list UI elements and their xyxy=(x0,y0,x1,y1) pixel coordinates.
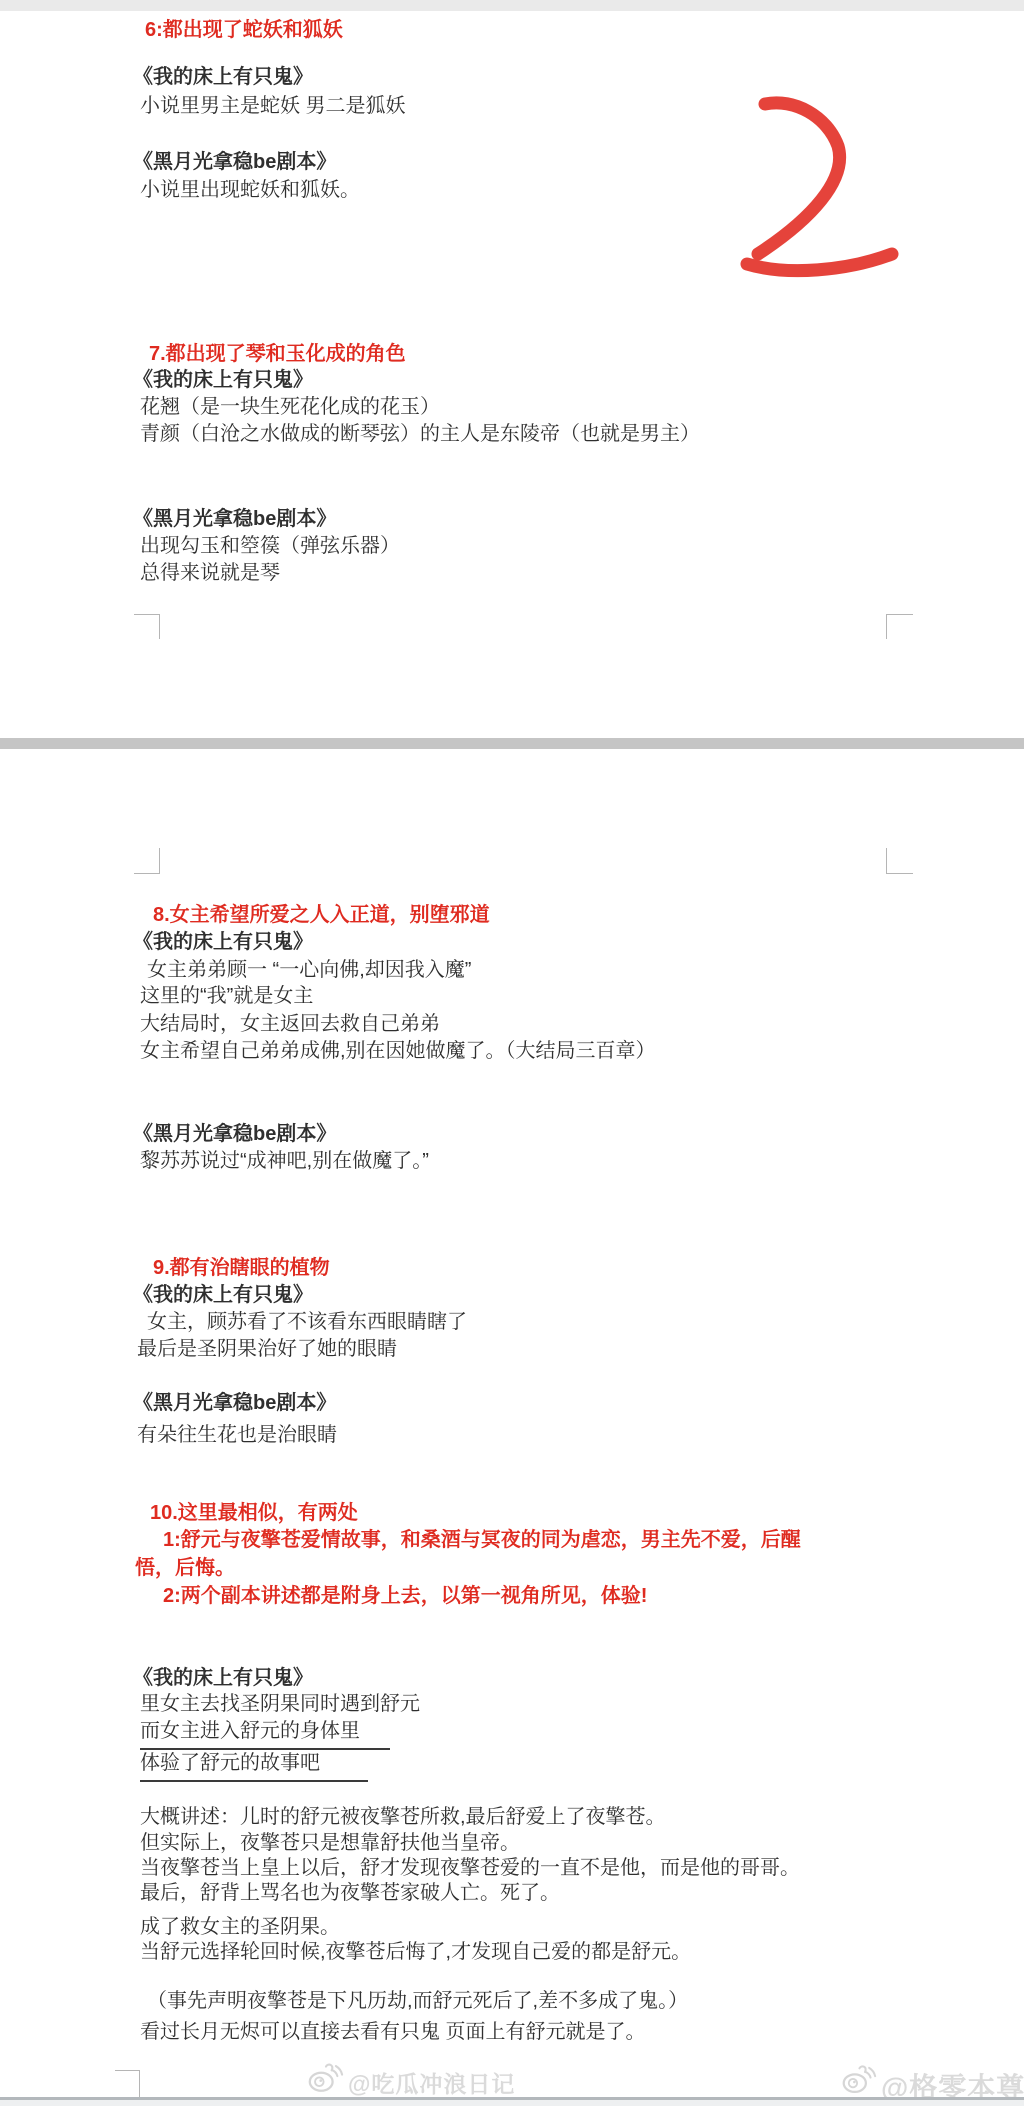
body-line: 大结局时，女主返回去救自己弟弟 xyxy=(140,1012,440,1037)
section-9-book-2-title: 《黑月光拿稳be剧本》 xyxy=(133,1391,336,1416)
body-line: 女主弟弟顾一 “一心向佛,却因我入魔” xyxy=(147,958,471,983)
section-10-book-title: 《我的床上有只鬼》 xyxy=(133,1666,313,1691)
body-line: 出现勾玉和箜篌（弹弦乐器） xyxy=(140,534,400,559)
section-6-heading: 6:都出现了蛇妖和狐妖 xyxy=(145,18,343,43)
text-boundary-mark xyxy=(886,848,913,874)
summary-line: 最后，舒背上骂名也为夜擎苍家破人亡。死了。 xyxy=(140,1881,560,1906)
section-8-heading: 8.女主希望所爱之人入正道，别堕邪道 xyxy=(153,903,490,928)
body-line: 女主希望自己弟弟成佛,别在因她做魔了。（大结局三百章） xyxy=(140,1039,656,1064)
watermark-handle: @吃瓜冲浪日记 xyxy=(348,2066,515,2099)
bottom-edge-strip xyxy=(0,2100,1024,2106)
section-9-heading: 9.都有治瞎眼的植物 xyxy=(153,1256,330,1281)
body-line: 小说里出现蛇妖和狐妖。 xyxy=(140,178,360,203)
closing-line: 看过长月无烬可以直接去看有只鬼 页面上有舒元就是了。 xyxy=(140,2020,646,2045)
section-9-book-1-title: 《我的床上有只鬼》 xyxy=(133,1283,313,1308)
section-10-point-line: 1:舒元与夜擎苍爱情故事，和桑酒与冥夜的同为虐恋，男主先不爱，后醒 xyxy=(163,1528,801,1553)
body-line: 总得来说就是琴 xyxy=(140,561,280,586)
section-6-book-1-title: 《我的床上有只鬼》 xyxy=(133,65,313,90)
underlined-line: 体验了舒元的故事吧 xyxy=(140,1751,368,1782)
summary-line: 成了救女主的圣阴果。 xyxy=(140,1915,340,1940)
section-8-book-1-title: 《我的床上有只鬼》 xyxy=(133,930,313,955)
page-break-bar xyxy=(0,738,1024,749)
section-10-heading: 10.这里最相似，有两处 xyxy=(150,1501,358,1526)
section-6-book-2-title: 《黑月光拿稳be剧本》 xyxy=(133,150,336,175)
handwritten-number-annotation xyxy=(722,88,902,278)
body-line: 女主，顾苏看了不该看东西眼睛瞎了 xyxy=(147,1310,467,1335)
summary-line: 当夜擎苍当上皇上以后，舒才发现夜擎苍爱的一直不是他，而是他的哥哥。 xyxy=(140,1856,800,1881)
body-line: 这里的“我”就是女主 xyxy=(140,984,313,1009)
watermark-weibo: @吃瓜冲浪日记 xyxy=(306,2058,515,2099)
underlined-line: 而女主进入舒元的身体里 xyxy=(140,1719,390,1750)
section-10-point-line: 2:两个副本讲述都是附身上去，以第一视角所见，体验! xyxy=(163,1584,647,1609)
summary-line: 当舒元选择轮回时候,夜擎苍后悔了,才发现自己爱的都是舒元。 xyxy=(140,1940,691,1965)
text-boundary-mark xyxy=(886,614,913,639)
summary-line: 大概讲述：儿时的舒元被夜擎苍所救,最后舒爱上了夜擎苍。 xyxy=(140,1805,666,1830)
top-edge-strip xyxy=(0,0,1024,11)
section-10-point-line: 悟，后悔。 xyxy=(135,1556,235,1581)
section-8-book-2-title: 《黑月光拿稳be剧本》 xyxy=(133,1122,336,1147)
body-line: 有朵往生花也是治眼睛 xyxy=(137,1423,337,1448)
body-line: 黎苏苏说过“成神吧,别在做魔了。” xyxy=(140,1149,429,1174)
summary-line: 但实际上，夜擎苍只是想靠舒扶他当皇帝。 xyxy=(140,1831,520,1856)
body-line: 最后是圣阴果治好了她的眼睛 xyxy=(137,1337,397,1362)
section-7-heading: 7.都出现了琴和玉化成的角色 xyxy=(149,342,406,367)
text-boundary-mark xyxy=(115,2070,140,2097)
body-line: 里女主去找圣阴果同时遇到舒元 xyxy=(140,1692,420,1717)
section-7-book-1-title: 《我的床上有只鬼》 xyxy=(133,368,313,393)
body-line: 花翘（是一块生死花化成的花玉） xyxy=(140,395,440,420)
note-line: （事先声明夜擎苍是下凡历劫,而舒元死后了,差不多成了鬼。） xyxy=(147,1989,688,2014)
section-7-book-2-title: 《黑月光拿稳be剧本》 xyxy=(133,507,336,532)
body-line: 小说里男主是蛇妖 男二是狐妖 xyxy=(140,94,406,119)
document-page: 6:都出现了蛇妖和狐妖 《我的床上有只鬼》 小说里男主是蛇妖 男二是狐妖 《黑月… xyxy=(0,0,1024,2106)
text-boundary-mark xyxy=(134,848,160,874)
text-boundary-mark xyxy=(134,614,160,639)
weibo-logo-icon xyxy=(840,2060,877,2097)
weibo-logo-icon xyxy=(306,2058,344,2096)
body-line: 青颜（白沧之水做成的断琴弦）的主人是东陵帝（也就是男主） xyxy=(140,422,700,447)
